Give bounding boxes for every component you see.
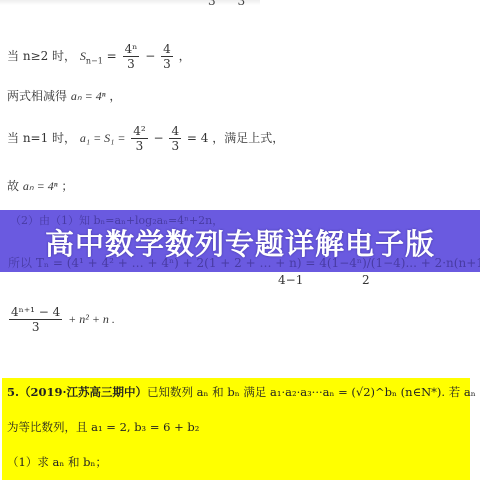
solution-result: 4ⁿ⁺¹ − 4 3 + n² + n . <box>7 305 115 334</box>
denominator: 2 <box>362 273 370 287</box>
denominator: 4−1 <box>278 273 303 287</box>
problem-line-3: （1）求 aₙ 和 bₙ； <box>7 454 107 470</box>
denominator: 3 <box>237 0 245 8</box>
line-prefix: 故 <box>7 179 19 193</box>
numerator: 4² <box>131 124 147 139</box>
line-suffix: ， <box>179 49 191 63</box>
document-page: 3 3 当 n≥2 时， Sn−1 = 4ⁿ 3 − 4 3 ， 两式相减得 a… <box>0 0 480 480</box>
math-expression: aₙ = 4ⁿ <box>71 89 106 103</box>
denominator: 3 <box>127 57 135 71</box>
problem-source: （2019·江苏高三期中） <box>19 385 147 399</box>
fraction: 4 3 <box>161 42 173 71</box>
denominator: 3 <box>208 0 216 8</box>
solution-line-conclusion: 故 aₙ = 4ⁿ ； <box>7 179 73 193</box>
problem-line-2: 为等比数列，且 a₁ = 2, b₃ = 6 + b₂ <box>7 419 199 435</box>
line-prefix: 两式相减得 <box>7 89 67 103</box>
title-banner: （2）由（1）知 bₙ=aₙ+log₂aₙ=4ⁿ+2n， 所以 Tₙ = (4¹… <box>0 210 480 272</box>
math-expression: a₁ = S₁ = <box>80 131 126 145</box>
fraction: 4ⁿ⁺¹ − 4 3 <box>9 305 62 334</box>
math-expression: + n² + n . <box>68 312 115 326</box>
numerator: 4 <box>161 42 173 57</box>
solution-line-n-eq-1: 当 n=1 时， a₁ = S₁ = 4² 3 − 4 3 = 4 ，满足上式， <box>7 124 284 153</box>
line-prefix: 当 n=1 时， <box>7 131 76 145</box>
fraction: 4² 3 <box>131 124 147 153</box>
problem-text: 已知数列 aₙ 和 bₙ 满足 a₁·a₂·a₃···aₙ = (√2)^bₙ … <box>147 385 476 399</box>
subscript: n−1 <box>86 56 103 65</box>
equals: = <box>107 49 117 63</box>
denominator: 3 <box>136 139 144 153</box>
numerator: 4ⁿ <box>123 42 140 57</box>
problem-line-1: 5.（2019·江苏高三期中）已知数列 aₙ 和 bₙ 满足 a₁·a₂·a₃·… <box>7 384 476 400</box>
line-prefix: 当 n≥2 时， <box>7 49 76 63</box>
numerator: 4 <box>169 124 181 139</box>
denominator: 3 <box>32 320 40 334</box>
fraction: 4ⁿ 3 <box>123 42 140 71</box>
operator: − <box>154 131 164 145</box>
line-suffix: ， <box>109 89 121 103</box>
banner-title: 高中数学数列专题详解电子版 <box>0 222 480 263</box>
solution-line-n-ge-2: 当 n≥2 时， Sn−1 = 4ⁿ 3 − 4 3 ， <box>7 42 191 71</box>
math-expression: = 4 <box>187 131 209 145</box>
math-expression: aₙ = 4ⁿ <box>23 179 58 193</box>
problem-box: 5.（2019·江苏高三期中）已知数列 aₙ 和 bₙ 满足 a₁·a₂·a₃·… <box>2 378 470 480</box>
solution-line-subtract: 两式相减得 aₙ = 4ⁿ ， <box>7 89 121 103</box>
line-suffix: ； <box>61 179 73 193</box>
top-cutoff-denominators: 3 3 <box>208 0 263 8</box>
fraction: 4 3 <box>169 124 181 153</box>
line-suffix: ，满足上式， <box>212 131 284 145</box>
denominator: 3 <box>171 139 179 153</box>
problem-number: 5. <box>7 385 19 399</box>
denominator: 3 <box>163 57 171 71</box>
numerator: 4ⁿ⁺¹ − 4 <box>9 305 62 320</box>
operator: − <box>145 49 155 63</box>
